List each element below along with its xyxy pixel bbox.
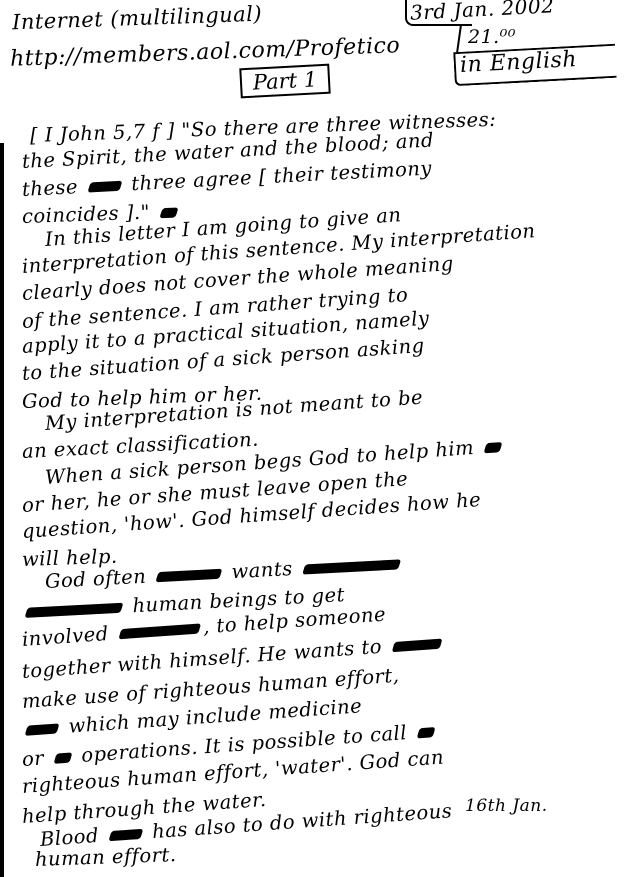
scribbled-out-word: [159, 207, 178, 218]
scribbled-out-word: [24, 602, 123, 617]
date-box-divider: [456, 25, 462, 53]
letter-line: human effort.: [35, 843, 177, 871]
header-date: 3rd Jan. 2002: [409, 0, 554, 25]
header-line-internet: Internet (multilingual): [12, 2, 263, 35]
scribbled-out-word: [87, 180, 122, 192]
part-label: Part 1: [252, 67, 317, 94]
header-number: 21.⁰⁰: [468, 26, 516, 48]
scribbled-out-word: [108, 828, 143, 840]
scribbled-out-word: [53, 752, 72, 763]
margin-note-date: 16th Jan.: [465, 796, 548, 816]
scribbled-out-word: [25, 723, 60, 735]
scribbled-out-word: [302, 559, 401, 574]
scribbled-out-word: [416, 727, 435, 738]
part-label-box: Part 1: [239, 64, 330, 99]
scan-edge-bar: [0, 143, 4, 877]
scribbled-out-word: [155, 568, 222, 582]
scribbled-out-word: [483, 442, 502, 453]
scribbled-out-word: [118, 623, 201, 639]
header-line-url: http://members.aol.com/Profetico: [10, 33, 401, 72]
scribbled-out-word: [391, 638, 442, 652]
